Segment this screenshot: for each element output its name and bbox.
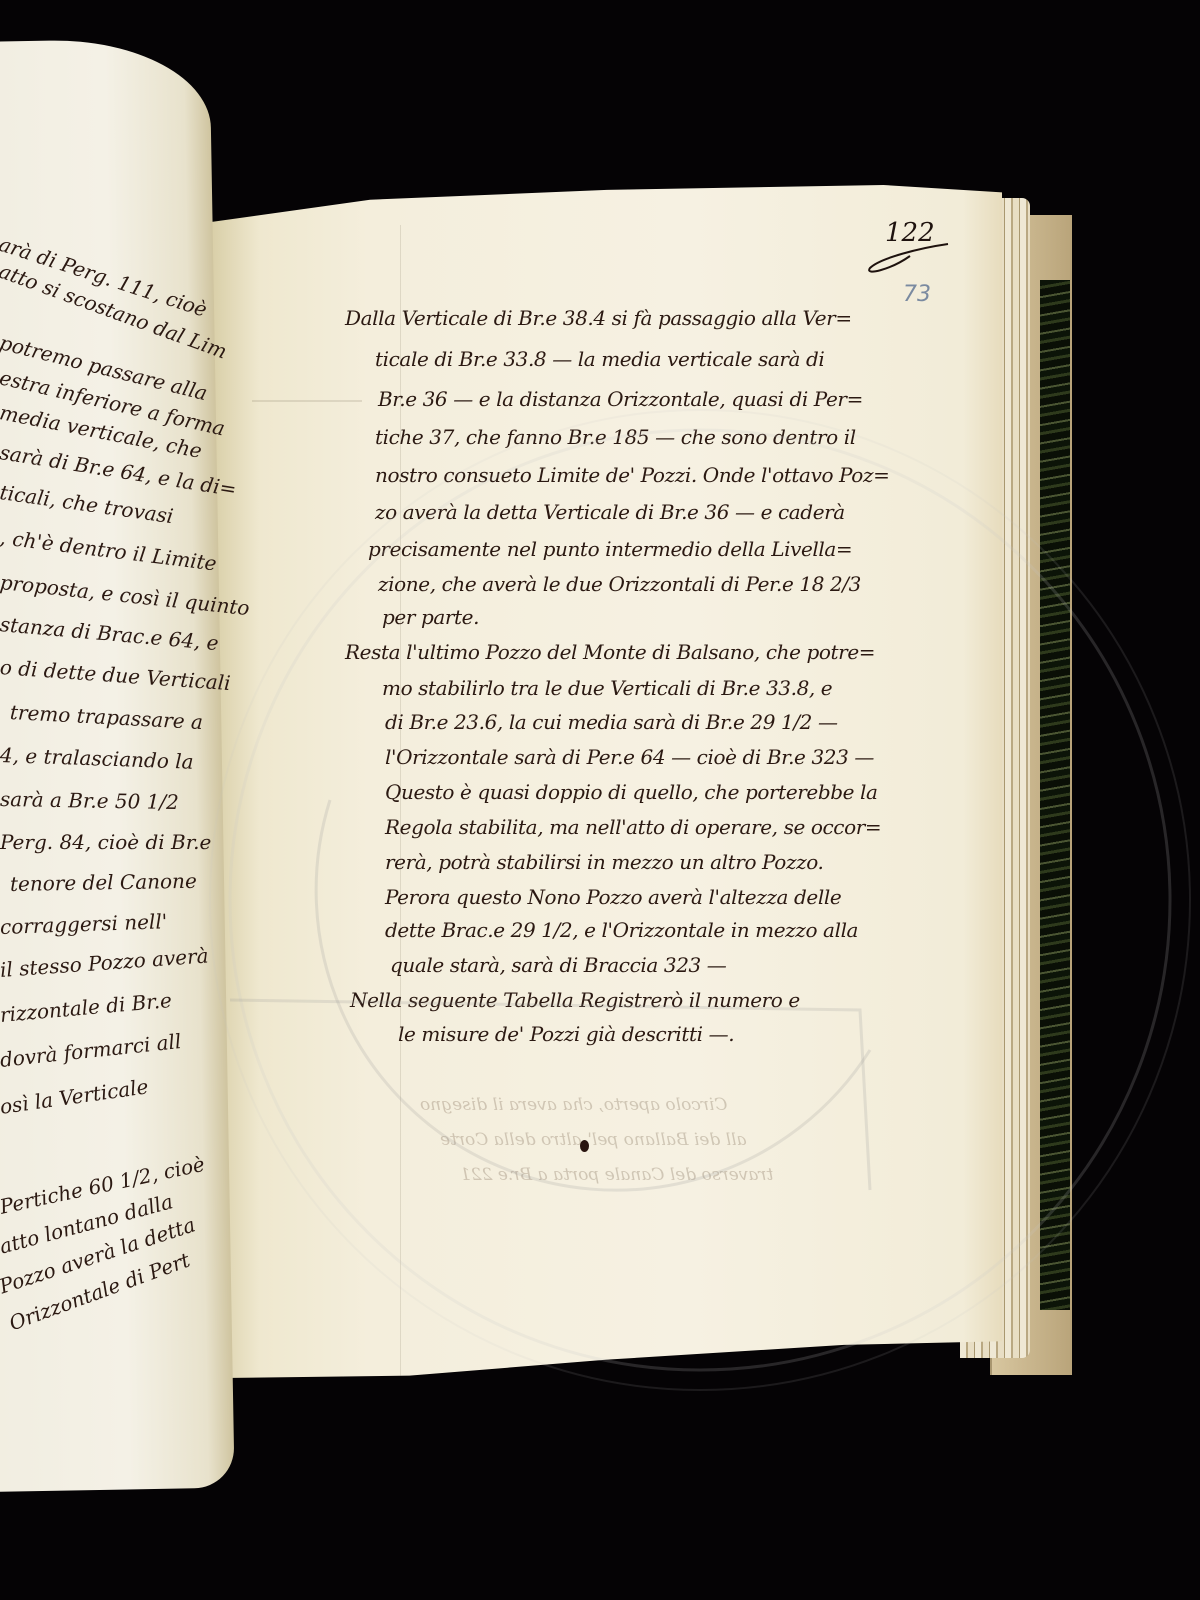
ink-blot <box>580 1140 589 1152</box>
text-line: l'Orizzontale sarà di Per.e 64 — cioè di… <box>385 745 874 769</box>
text-line: sarà a Br.e 50 1/2 <box>0 787 179 814</box>
text-line: precisamente nel punto intermedio della … <box>368 537 852 561</box>
text-line: zo averà la detta Verticale di Br.e 36 —… <box>375 500 845 524</box>
manuscript-photo: Circolo aperto, cha avera il disegno all… <box>0 0 1200 1600</box>
text-line: di Br.e 23.6, la cui media sarà di Br.e … <box>385 710 838 734</box>
bleed-through-text: traverso del Canale porta a Br.e 221 <box>460 1165 773 1185</box>
text-line: ticale di Br.e 33.8 — la media verticale… <box>375 347 824 371</box>
text-line: dette Brac.e 29 1/2, e l'Orizzontale in … <box>385 918 858 942</box>
text-line: tiche 37, che fanno Br.e 185 — che sono … <box>375 425 856 449</box>
bleed-through-text: all dei Ballano pel' altro della Corte <box>440 1130 747 1150</box>
margin-rule-top <box>252 400 362 402</box>
text-line: Regola stabilita, ma nell'atto di operar… <box>385 815 881 839</box>
folio-flourish-icon <box>860 240 960 280</box>
bleed-through-text: Circolo aperto, cha avera il disegno <box>420 1095 727 1115</box>
text-line: Nella seguente Tabella Registrerò il num… <box>350 988 800 1012</box>
pencil-folio-number: 73 <box>903 282 931 307</box>
text-line: Perg. 84, cioè di Br.e <box>0 830 211 854</box>
text-line: Resta l'ultimo Pozzo del Monte di Balsan… <box>345 640 875 664</box>
text-line: le misure de' Pozzi già descritti —. <box>398 1022 734 1046</box>
marbled-cover <box>1040 280 1070 1310</box>
text-line: per parte. <box>382 605 479 629</box>
text-line: Questo è quasi doppio di quello, che por… <box>385 780 878 804</box>
text-line: tenore del Canone <box>10 869 197 896</box>
text-line: Dalla Verticale di Br.e 38.4 si fà passa… <box>345 306 852 330</box>
text-line: mo stabilirlo tra le due Verticali di Br… <box>382 676 832 700</box>
text-line: Perora questo Nono Pozzo averà l'altezza… <box>385 885 841 909</box>
text-line: Br.e 36 — e la distanza Orizzontale, qua… <box>378 387 863 411</box>
text-line: rerà, potrà stabilirsi in mezzo un altro… <box>385 850 823 874</box>
text-line: nostro consueto Limite de' Pozzi. Onde l… <box>375 463 889 487</box>
text-line: quale starà, sarà di Braccia 323 — <box>390 953 726 977</box>
text-line: zione, che averà le due Orizzontali di P… <box>378 572 861 596</box>
